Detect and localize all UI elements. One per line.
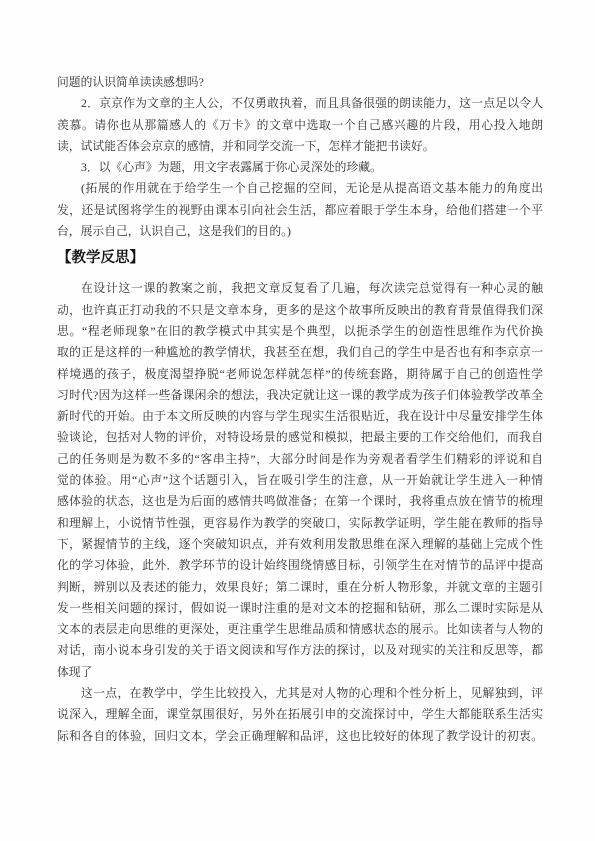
text-line: 际和各自的体验，回归文本，学会正确理解和品评，这也比较好的体现了教学设计的初衷。 [57,726,543,747]
text-line: 说深入，理解全面，课堂氛围很好，另外在拓展引申的交流探讨中，学生大都能联系生活实 [57,704,543,725]
text-line: 样境遇的孩子，极度渴望挣脱“老师说怎样就怎样”的传统套路，期待属于自己的创造性学 [57,364,543,385]
text-line: 觉的体验。用“心声”这个话题引入，旨在吸引学生的注意，从一开始就让学生进入一种情 [57,470,543,491]
text-line: 习时代?因为这样一些备课闲余的想法，我决定就让这一课的教学成为孩子们体验教学改革… [57,385,543,406]
text-line: 思。“程老师现象”在旧的教学模式中其实是个典型，以扼杀学生的创造性思维作为代价换 [57,321,543,342]
text-line: 和理解上，小说情节性强，更容易作为教学的突破口，实际教学证明，学生能在教师的指导 [57,513,543,534]
text-line: 在设计这一课的教案之前，我把文章反复看了几遍，每次读完总觉得有一种心灵的触 [57,278,543,299]
text-line: 感体验的状态，这也是为后面的感情共鸣做准备；在第一个课时，我将重点放在情节的梳理 [57,491,543,512]
document-page: 问题的认识简单读读感想吗?2．京京作为文章的主人公，不仅勇敢执着，而且具备很强的… [0,0,595,841]
text-line: 判断，辨别以及表述的能力，效果良好；第二课时，重在分析人物形象，并就文章的主题引 [57,577,543,598]
text-line: 发一些相关问题的探讨，假如说一课时注重的是对文本的挖掘和钻研，那么二课时实际是从 [57,598,543,619]
text-line: 下，紧握情节的主线，逐个突破知识点，并有效利用发散思维在深入理解的基础上完成个性 [57,534,543,555]
text-line: 2．京京作为文章的主人公，不仅勇敢执着，而且具备很强的朗读能力，这一点足以令人 [57,93,543,114]
text-line: (拓展的作用就在于给学生一个自己挖掘的空间，无论是从提高语文基本能力的角度出 [57,178,543,199]
text-line: 文本的表层走向思维的更深处，更注重学生思维品质和情感状态的展示。比如读者与人物的 [57,619,543,640]
text-line: 动，也许真正打动我的不只是文章本身，更多的是这个故事所反映出的教育背景值得我们深 [57,300,543,321]
document-text: 问题的认识简单读读感想吗?2．京京作为文章的主人公，不仅勇敢执着，而且具备很强的… [57,72,543,747]
text-line: 取的正是这样的一种尴尬的教学情状，我甚至在想，我们自己的学生中是否也有和李京京一 [57,342,543,363]
text-line: 台，展示自己，认识自己，这是我们的目的。) [57,221,543,242]
section-heading: 【教学反思】 [57,248,543,269]
text-line: 问题的认识简单读读感想吗? [57,72,543,93]
text-line: 化的学习体验，此外．教学环节的设计始终围绕情感目标，引领学生在对情节的品评中提高 [57,555,543,576]
text-line: 读，试试能否体会京京的感情，并和同学交流一下，怎样才能把书读好。 [57,136,543,157]
text-line: 对话，南小说本身引发的关于语文阅读和写作方法的探讨，以及对现实的关注和反思等，都 [57,640,543,661]
text-line: 羡慕。请你也从那篇感人的《万卡》的文章中选取一个自己感兴趣的片段，用心投入地朗 [57,115,543,136]
text-line: 体现了 [57,662,543,683]
text-line: 新时代的开始。由于本文所反映的内容与学生现实生活很贴近，我在设计中尽量安排学生体 [57,406,543,427]
text-line: 这一点，在教学中，学生比较投入，尤其是对人物的心理和个性分析上，见解独到，评 [57,683,543,704]
text-line: 己的任务则是为数不多的“客串主持”，大部分时间是作为旁观者看学生们精彩的评说和自 [57,449,543,470]
text-line: 验谈论，包括对人物的评价，对特设场景的感觉和模拟，把最主要的工作交给他们，而我自 [57,427,543,448]
text-line: 3．以《心声》为题，用文字表露属于你心灵深处的珍藏。 [57,157,543,178]
text-line: 发，还是试图将学生的视野由课本引向社会生活，都应着眼于学生本身，给他们搭建一个平 [57,200,543,221]
